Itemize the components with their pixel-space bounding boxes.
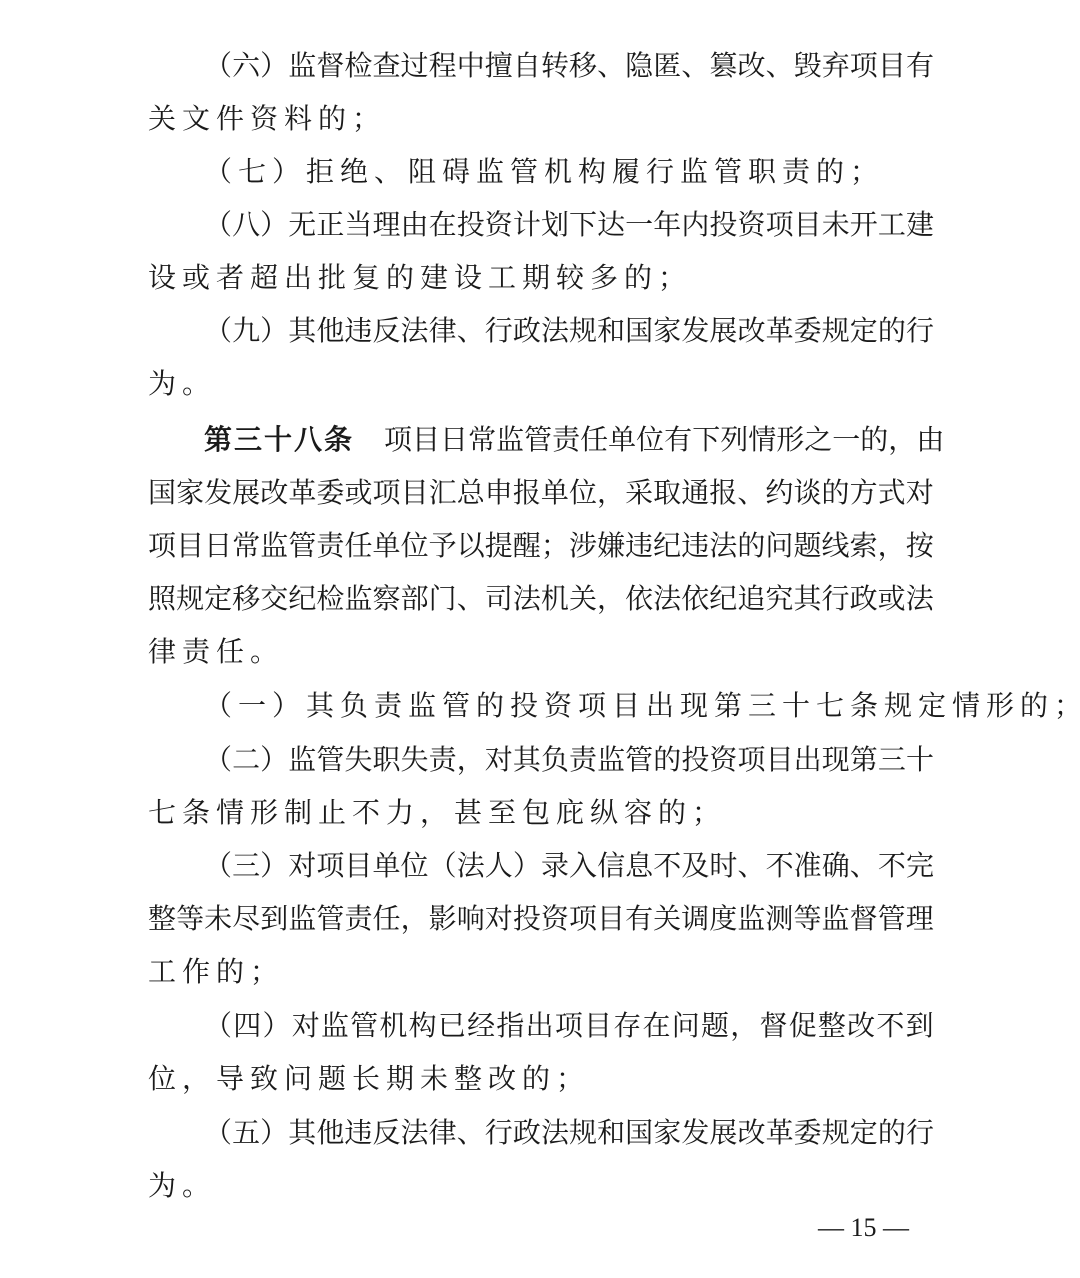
text-line: （九）其他违反法律、行政法规和国家发展改革委规定的行 bbox=[204, 311, 934, 351]
text-line: （五）其他违反法律、行政法规和国家发展改革委规定的行 bbox=[204, 1113, 934, 1153]
text-line: 设或者超出批复的建设工期较多的； bbox=[148, 258, 934, 298]
text-line: （六）监督检查过程中擅自转移、隐匿、篡改、毁弃项目有 bbox=[204, 46, 934, 86]
text-line: 七条情形制止不力，甚至包庇纵容的； bbox=[148, 793, 934, 833]
page-number: — 15 — bbox=[818, 1210, 909, 1246]
text-line: 律责任。 bbox=[148, 632, 934, 672]
text-line: （八）无正当理由在投资计划下达一年内投资项目未开工建 bbox=[204, 205, 934, 245]
text-line: 为。 bbox=[148, 364, 934, 404]
text-line: 为。 bbox=[148, 1166, 934, 1206]
text-line: 关文件资料的； bbox=[148, 99, 934, 139]
text-line: 位，导致问题长期未整改的； bbox=[148, 1059, 934, 1099]
document-page: （六）监督检查过程中擅自转移、隐匿、篡改、毁弃项目有关文件资料的；（七）拒绝、阻… bbox=[0, 0, 1080, 1278]
text-line: 国家发展改革委或项目汇总申报单位，采取通报、约谈的方式对 bbox=[148, 473, 934, 513]
text-line: 工作的； bbox=[148, 952, 934, 992]
text-line: 照规定移交纪检监察部门、司法机关，依法依纪追究其行政或法 bbox=[148, 579, 934, 619]
text-line: （一）其负责监管的投资项目出现第三十七条规定情形的； bbox=[204, 686, 934, 726]
article-title: 第三十八条 bbox=[204, 420, 354, 460]
text-line: （三）对项目单位（法人）录入信息不及时、不准确、不完 bbox=[204, 846, 934, 886]
article-text: 项目日常监管责任单位有下列情形之一的，由 bbox=[384, 420, 944, 460]
article-heading-line: 第三十八条项目日常监管责任单位有下列情形之一的，由 bbox=[204, 420, 934, 460]
text-line: （七）拒绝、阻碍监管机构履行监管职责的； bbox=[204, 152, 934, 192]
text-line: 项目日常监管责任单位予以提醒；涉嫌违纪违法的问题线索，按 bbox=[148, 526, 934, 566]
text-line: （二）监管失职失责，对其负责监管的投资项目出现第三十 bbox=[204, 740, 934, 780]
text-line: 整等未尽到监管责任，影响对投资项目有关调度监测等监督管理 bbox=[148, 899, 934, 939]
text-line: （四）对监管机构已经指出项目存在问题，督促整改不到 bbox=[204, 1006, 934, 1046]
